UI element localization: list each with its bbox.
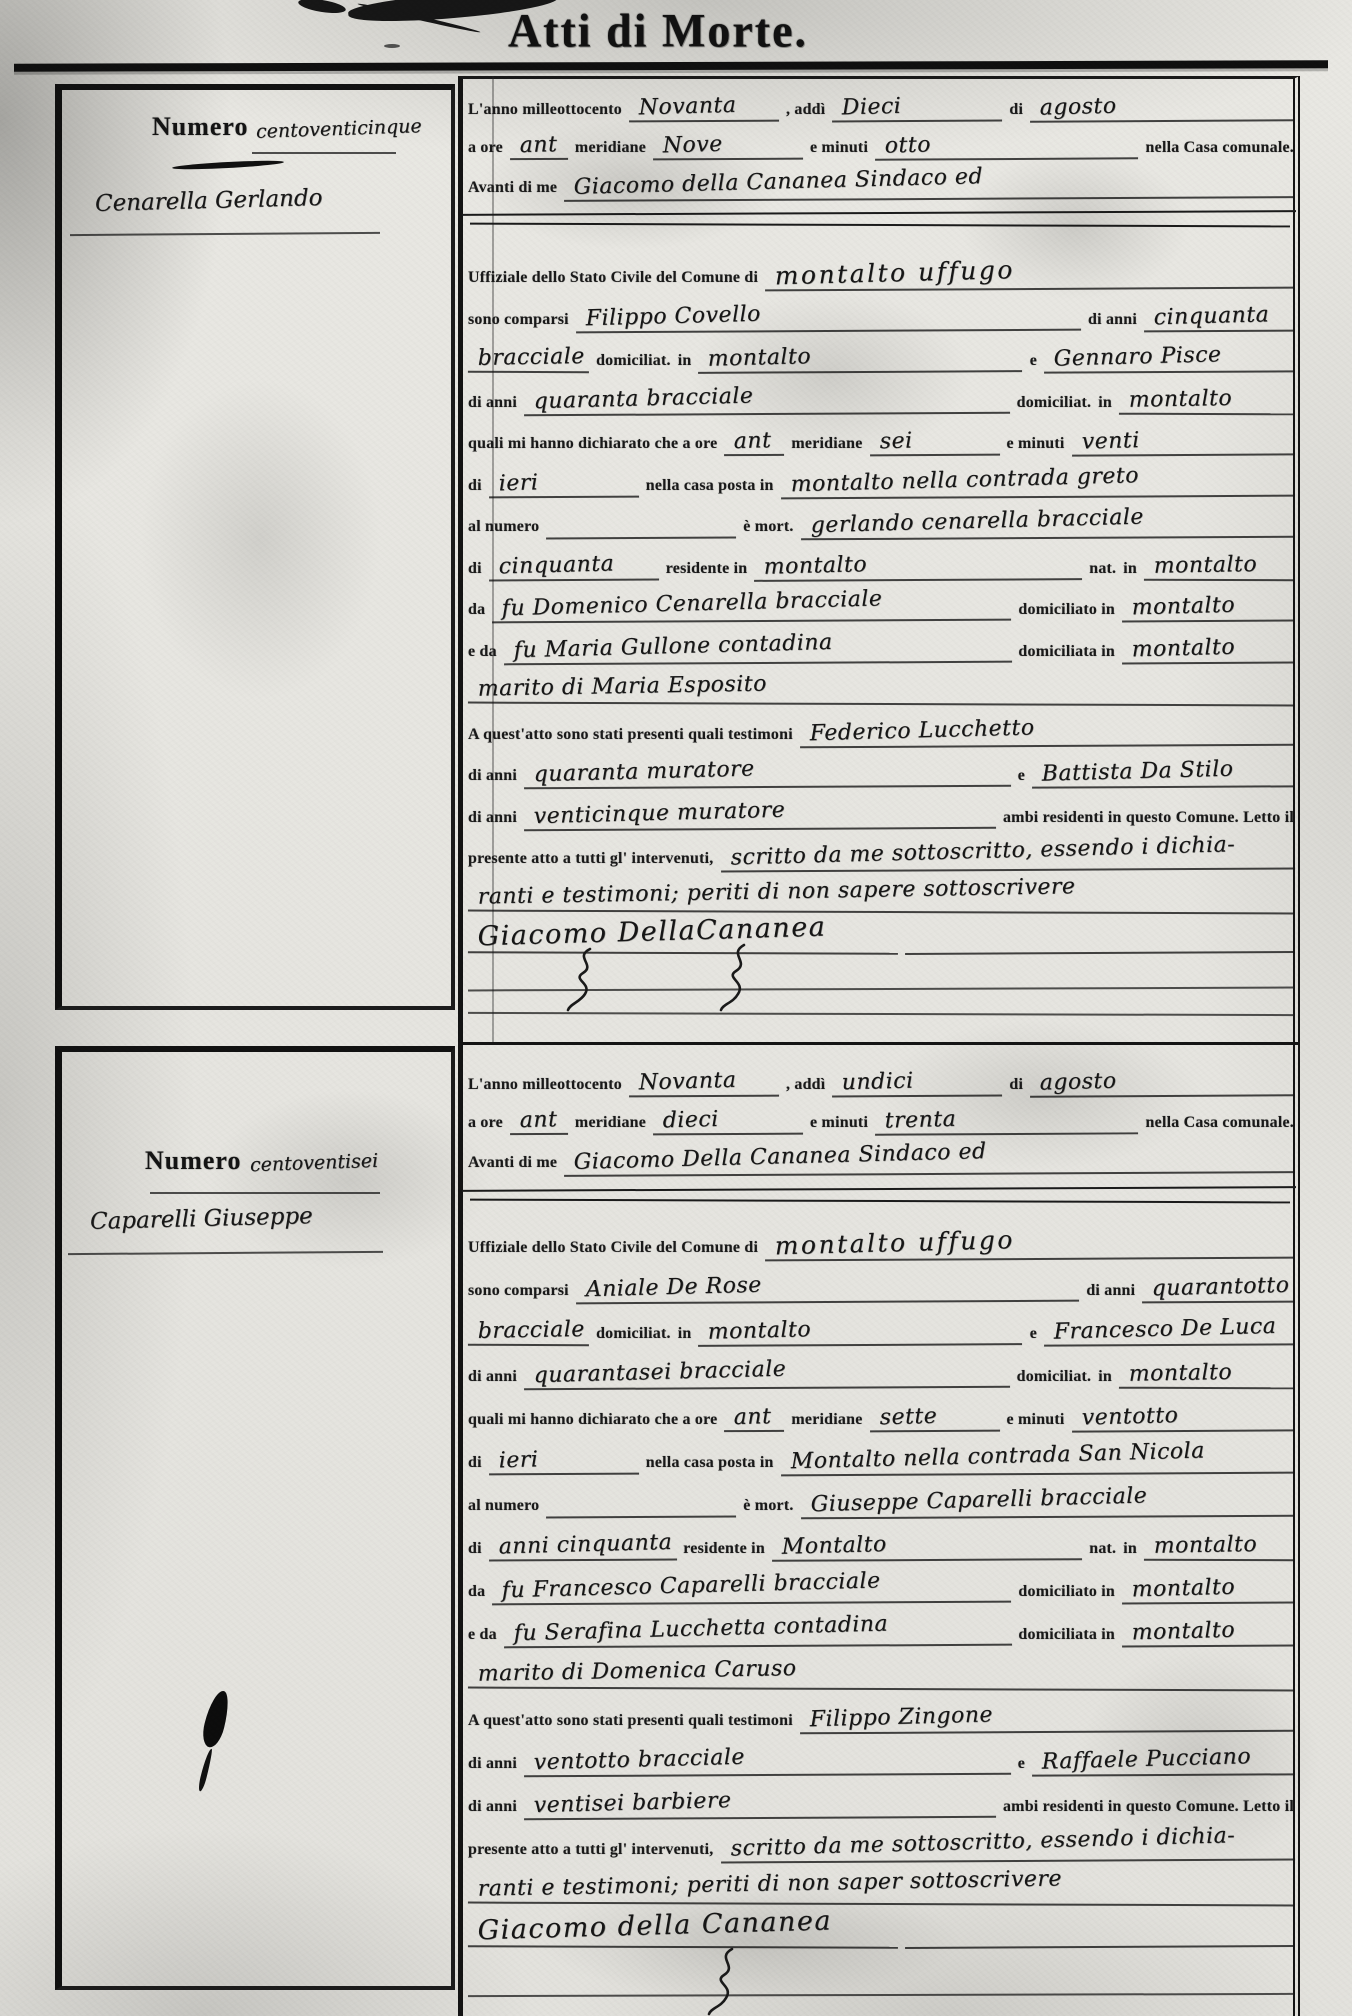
blank-field <box>905 923 1294 955</box>
record-number-label: Numero <box>145 1146 242 1176</box>
handwritten-field: montalto <box>1144 1531 1294 1562</box>
handwritten-field: cinquanta <box>1144 302 1294 333</box>
handwritten-field: ant <box>724 1402 784 1432</box>
handwritten-text: Novanta <box>638 95 736 120</box>
handwritten-text: ieri <box>498 1449 538 1472</box>
handwritten-text: Montalto nella contrada San Nicola <box>790 1440 1205 1473</box>
printed-label: di <box>468 478 482 498</box>
form-line: dafu Domenico Cenarella braccialedomicil… <box>468 588 1294 622</box>
printed-label: meridiane <box>575 1115 646 1135</box>
handwritten-text: ventotto <box>1081 1405 1178 1430</box>
printed-label: domiciliat. <box>596 353 671 373</box>
form-line: braccialedomiciliat.inmontaltoeFrancesco… <box>468 1312 1294 1346</box>
handwritten-field: Montalto <box>772 1530 1082 1562</box>
printed-label: presente atto a tutti gl' intervenuti, <box>468 1842 714 1862</box>
handwritten-text: fu Francesco Caparelli bracciale <box>502 1570 881 1602</box>
form-line: di anniventicinque muratoreambi resident… <box>468 796 1294 830</box>
handwritten-field: Raffaele Pucciano <box>1032 1745 1294 1776</box>
handwritten-text: agosto <box>1040 1071 1117 1095</box>
printed-label: in <box>678 1326 692 1346</box>
printed-label: domiciliato in <box>1018 602 1115 622</box>
printed-label: al numero <box>468 519 539 539</box>
handwritten-field: montalto <box>1122 634 1294 665</box>
handwritten-text: gerlando cenarella bracciale <box>810 507 1144 538</box>
printed-label: ambi residenti in questo Comune. Letto i… <box>1003 1799 1294 1819</box>
handwritten-text: scritto da me sottoscritto, essendo i di… <box>730 1825 1235 1860</box>
handwritten-field: ranti e testimoni; periti di non saper s… <box>468 1874 1294 1907</box>
printed-label: Avanti di me <box>468 180 557 200</box>
handwritten-text: venti <box>1081 430 1140 454</box>
blank-field <box>546 509 736 540</box>
handwritten-text: fu Serafina Lucchetta contadina <box>513 1613 888 1645</box>
handwritten-text: quaranta muratore <box>533 758 754 786</box>
handwritten-text: montalto <box>1131 637 1235 662</box>
handwritten-text: dieci <box>663 1109 720 1132</box>
handwritten-field: Filippo Covello <box>576 301 1081 334</box>
form-line: Avanti di meGiacomo della Cananea Sindac… <box>468 166 1294 200</box>
printed-label: di <box>468 1541 482 1561</box>
printed-label: domiciliat. <box>1017 1369 1092 1389</box>
record-divider <box>458 1042 1300 1045</box>
handwritten-text: Raffaele Pucciano <box>1041 1746 1251 1773</box>
form-line: marito di Maria Esposito <box>468 671 1294 705</box>
form-line: presente atto a tutti gl' intervenuti,sc… <box>468 1828 1294 1862</box>
printed-label: di anni <box>468 1799 517 1819</box>
form-line: diierinella casa posta inmontalto nella … <box>468 464 1294 498</box>
printed-label: e <box>1018 768 1025 788</box>
handwritten-text: quarantasei bracciale <box>533 1359 786 1388</box>
printed-label: in <box>1098 395 1112 415</box>
handwritten-text: anni cinquanta <box>498 1532 672 1559</box>
handwritten-field: montalto uffugo <box>765 259 1294 292</box>
handwritten-text: montalto <box>1131 1620 1235 1645</box>
handwritten-text: undici <box>842 1071 914 1095</box>
handwritten-field: anni cinquanta <box>489 1531 677 1562</box>
printed-label: di anni <box>468 810 517 830</box>
printed-label: di <box>468 561 482 581</box>
form-line: ranti e testimoni; periti di non saper s… <box>468 1871 1294 1905</box>
handwritten-text: Dieci <box>842 96 902 120</box>
handwritten-text: quarantotto <box>1152 1275 1290 1301</box>
printed-label: Avanti di me <box>468 1155 557 1175</box>
handwritten-text: ant <box>734 1406 772 1429</box>
handwritten-field: Battista Da Stilo <box>1032 757 1294 788</box>
handwritten-text: sette <box>879 1406 937 1429</box>
ink-smudge <box>297 0 346 16</box>
ink-smudge <box>384 44 400 48</box>
printed-label: A quest'atto sono stati presenti quali t… <box>468 727 793 747</box>
handwritten-field: venticinque muratore <box>524 799 996 831</box>
handwritten-field: agosto <box>1030 1066 1294 1097</box>
form-line: quali mi hanno dichiarato che a oreantme… <box>468 422 1294 456</box>
printed-label: domiciliata in <box>1018 644 1115 664</box>
printed-label: meridiane <box>791 1412 862 1432</box>
handwritten-field: Aniale De Rose <box>576 1272 1080 1305</box>
handwritten-text: montalto <box>764 554 868 579</box>
form-line: A quest'atto sono stati presenti quali t… <box>468 1699 1294 1733</box>
handwritten-field: marito di Maria Esposito <box>468 674 1294 707</box>
form-line: L'anno milleottocentoNovanta, addìundici… <box>468 1063 1294 1097</box>
handwritten-field: ventotto <box>1071 1401 1294 1432</box>
printed-label: nella casa posta in <box>646 1455 774 1475</box>
handwritten-text: montalto <box>1131 595 1235 620</box>
printed-label: meridiane <box>791 436 862 456</box>
form-line: braccialedomiciliat.inmontaltoeGennaro P… <box>468 339 1294 373</box>
handwritten-text: montalto <box>708 346 812 371</box>
handwritten-text: Francesco De Luca <box>1053 1316 1276 1344</box>
handwritten-field: Giacomo della Cananea Sindaco ed <box>564 168 1294 202</box>
form-line: A quest'atto sono stati presenti quali t… <box>468 713 1294 747</box>
handwritten-field: Giacomo DellaCananea <box>468 923 898 955</box>
handwritten-field: sei <box>869 426 999 457</box>
handwritten-text: Novanta <box>638 1070 736 1095</box>
printed-label: domiciliat. <box>596 1326 671 1346</box>
printed-label: e da <box>468 644 497 664</box>
margin-box-record-2 <box>55 1046 455 1990</box>
form-line: di anniventisei barbiereambi residenti i… <box>468 1785 1294 1819</box>
handwritten-field: fu Domenico Cenarella bracciale <box>492 591 1011 624</box>
printed-label: domiciliat. <box>1017 395 1092 415</box>
page-title: Atti di Morte. <box>488 3 828 58</box>
printed-label: a ore <box>468 1115 503 1135</box>
form-line: dicinquantaresidente inmontaltonat.inmon… <box>468 547 1294 581</box>
ruled-line <box>252 152 396 154</box>
blank-field <box>905 1917 1294 1949</box>
record-number-value: centoventisei <box>250 1150 379 1176</box>
printed-label: quali mi hanno dichiarato che a ore <box>468 436 717 456</box>
printed-label: residente in <box>666 561 748 581</box>
printed-label: nella Casa comunale. <box>1146 140 1294 160</box>
printed-label: e <box>1030 353 1037 373</box>
handwritten-text: trenta <box>885 1109 957 1133</box>
handwritten-text: Filippo Covello <box>585 304 761 331</box>
form-line: e dafu Serafina Lucchetta contadinadomic… <box>468 1613 1294 1647</box>
scanned-death-register-page: Atti di Morte. Numero centoventicinque C… <box>0 0 1352 2016</box>
printed-label: nella casa posta in <box>646 478 774 498</box>
printed-label: è mort. <box>743 1498 793 1518</box>
handwritten-field: montalto <box>1144 551 1294 582</box>
handwritten-field: bracciale <box>468 1316 589 1346</box>
handwritten-field: Nove <box>653 130 803 161</box>
printed-label: da <box>468 602 485 622</box>
flourish-mark <box>712 942 772 1012</box>
handwritten-field: fu Maria Gullone contadina <box>504 633 1012 666</box>
handwritten-field: cinquanta <box>489 551 659 582</box>
handwritten-text: Federico Lucchetto <box>809 717 1034 745</box>
handwritten-field: Novanta <box>629 1067 779 1098</box>
form-line: ranti e testimoni; periti di non sapere … <box>468 879 1294 913</box>
handwritten-text: cinquanta <box>1153 304 1269 329</box>
handwritten-text: fu Maria Gullone contadina <box>513 632 832 662</box>
handwritten-text: agosto <box>1040 96 1117 120</box>
handwritten-field: Federico Lucchetto <box>800 716 1294 749</box>
form-line: di anniquaranta braccialedomiciliat.inmo… <box>468 381 1294 415</box>
handwritten-field: Novanta <box>629 92 779 123</box>
form-line: di anniquaranta muratoreeBattista Da Sti… <box>468 754 1294 788</box>
record-number-label: Numero <box>152 112 249 142</box>
handwritten-text: Gennaro Pisce <box>1053 344 1221 370</box>
printed-label: e <box>1030 1326 1037 1346</box>
handwritten-text: Aniale De Rose <box>585 1275 762 1302</box>
handwritten-field: otto <box>875 129 1139 160</box>
printed-label: e minuti <box>1007 436 1065 456</box>
flourish-mark <box>560 946 620 1012</box>
handwritten-text: bracciale <box>478 1319 585 1343</box>
handwritten-text: Giacomo della Cananea Sindaco ed <box>574 166 984 199</box>
printed-label: Uffiziale dello Stato Civile del Comune … <box>468 270 758 290</box>
handwritten-text: Montalto <box>781 1534 887 1559</box>
handwritten-field: Gennaro Pisce <box>1044 342 1294 373</box>
handwritten-field: marito di Domenica Caruso <box>468 1659 1294 1692</box>
handwritten-field: montalto <box>1122 592 1294 623</box>
printed-label: sono comparsi <box>468 312 569 332</box>
handwritten-text: cinquanta <box>498 553 614 578</box>
printed-label: di <box>1009 1077 1023 1097</box>
form-line: Avanti di meGiacomo Della Cananea Sindac… <box>468 1141 1294 1175</box>
printed-label: in <box>1098 1369 1112 1389</box>
header-divider <box>14 60 1328 71</box>
handwritten-field: quaranta muratore <box>524 757 1011 790</box>
handwritten-field: montalto <box>1122 1617 1294 1648</box>
printed-label: in <box>678 353 692 373</box>
form-line: al numeroè mort.gerlando cenarella bracc… <box>468 505 1294 539</box>
handwritten-field: montalto nella contrada greto <box>781 467 1295 500</box>
blank-field <box>546 1488 736 1519</box>
form-line: Giacomo della Cananea <box>468 1914 1294 1948</box>
handwritten-field: montalto <box>1119 1359 1294 1390</box>
handwritten-field: Giacomo della Cananea <box>468 1917 898 1949</box>
handwritten-field: ieri <box>489 468 639 499</box>
official-signature: Giacomo DellaCananea <box>477 914 826 951</box>
form-line: dianni cinquantaresidente inMontaltonat.… <box>468 1527 1294 1561</box>
handwritten-text: sei <box>879 430 912 453</box>
printed-label: , addì <box>786 1077 825 1097</box>
flourish-mark <box>700 1946 760 2016</box>
printed-label: e da <box>468 1627 497 1647</box>
handwritten-field: ventisei barbiere <box>524 1788 996 1820</box>
printed-label: di anni <box>468 1369 517 1389</box>
handwritten-field: ranti e testimoni; periti di non sapere … <box>468 882 1294 915</box>
form-line: presente atto a tutti gl' intervenuti,sc… <box>468 837 1294 871</box>
form-line: di anniventotto braccialeeRaffaele Pucci… <box>468 1742 1294 1776</box>
printed-label: sono comparsi <box>468 1283 569 1303</box>
printed-label: di anni <box>1088 312 1137 332</box>
handwritten-text: ant <box>519 1109 557 1132</box>
handwritten-field: ant <box>510 130 568 160</box>
handwritten-text: montalto uffugo <box>775 257 1016 288</box>
handwritten-field: quarantasei bracciale <box>524 1358 1010 1391</box>
handwritten-field: montalto <box>698 342 1022 374</box>
printed-label: ambi residenti in questo Comune. Letto i… <box>1003 810 1294 830</box>
handwritten-text: Nove <box>663 134 724 158</box>
official-signature: Giacomo della Cananea <box>477 1907 832 1944</box>
printed-label: domiciliato in <box>1018 1584 1115 1604</box>
printed-label: di anni <box>468 768 517 788</box>
printed-label: è mort. <box>743 519 793 539</box>
form-line: sono comparsiFilippo Covellodi annicinqu… <box>468 298 1294 332</box>
handwritten-text: ventisei barbiere <box>533 1790 731 1817</box>
handwritten-field: dieci <box>653 1105 803 1136</box>
handwritten-field: Giuseppe Caparelli bracciale <box>800 1487 1294 1520</box>
handwritten-text: ventotto bracciale <box>533 1747 745 1775</box>
handwritten-field: trenta <box>875 1104 1139 1135</box>
handwritten-field: ant <box>510 1105 568 1135</box>
printed-label: e minuti <box>810 1115 868 1135</box>
handwritten-text: montalto <box>1131 1577 1235 1602</box>
handwritten-field: Giacomo Della Cananea Sindaco ed <box>564 1143 1294 1177</box>
form-line: dafu Francesco Caparelli braccialedomici… <box>468 1570 1294 1604</box>
handwritten-text: montalto <box>1129 1362 1233 1386</box>
handwritten-field: gerlando cenarella bracciale <box>800 508 1294 541</box>
handwritten-field: quaranta bracciale <box>524 384 1010 417</box>
handwritten-field: bracciale <box>468 343 589 373</box>
printed-label: al numero <box>468 1498 539 1518</box>
handwritten-text: quaranta bracciale <box>533 385 753 413</box>
handwritten-text: marito di Domenica Caruso <box>478 1658 797 1686</box>
handwritten-text: ranti e testimoni; periti di non saper s… <box>478 1868 1063 1900</box>
printed-label: Uffiziale dello Stato Civile del Comune … <box>468 1240 758 1260</box>
ruled-line <box>150 1192 380 1194</box>
form-line: sono comparsiAniale De Rosedi anniquaran… <box>468 1269 1294 1303</box>
handwritten-text: otto <box>885 134 932 157</box>
form-line: marito di Domenica Caruso <box>468 1656 1294 1690</box>
handwritten-text: montalto <box>1154 554 1258 578</box>
handwritten-field: montalto <box>754 550 1082 582</box>
handwritten-text: marito di Maria Esposito <box>478 674 767 701</box>
handwritten-field: fu Serafina Lucchetta contadina <box>504 1616 1012 1649</box>
printed-label: A quest'atto sono stati presenti quali t… <box>468 1713 793 1733</box>
handwritten-field: undici <box>832 1067 1002 1098</box>
handwritten-text: montalto <box>1154 1534 1258 1558</box>
printed-label: nat. <box>1089 561 1116 581</box>
handwritten-field: montalto uffugo <box>765 1229 1294 1262</box>
printed-label: di <box>468 1455 482 1475</box>
handwritten-field: Francesco De Luca <box>1044 1315 1294 1346</box>
handwritten-field: Montalto nella contrada San Nicola <box>781 1444 1295 1477</box>
handwritten-field: Filippo Zingone <box>800 1702 1294 1735</box>
form-line: L'anno milleottocentoNovanta, addìDiecid… <box>468 88 1294 122</box>
printed-label: nat. <box>1089 1541 1116 1561</box>
handwritten-text: fu Domenico Cenarella bracciale <box>502 588 883 620</box>
printed-label: di <box>1009 102 1023 122</box>
handwritten-text: montalto uffugo <box>775 1227 1016 1258</box>
form-line: diierinella casa posta inMontalto nella … <box>468 1441 1294 1475</box>
printed-label: in <box>1123 1541 1137 1561</box>
handwritten-field: agosto <box>1030 91 1294 122</box>
printed-label: quali mi hanno dichiarato che a ore <box>468 1412 717 1432</box>
handwritten-text: Filippo Zingone <box>809 1704 993 1731</box>
handwritten-text: ant <box>519 134 557 157</box>
handwritten-text: bracciale <box>478 346 585 370</box>
handwritten-field: scritto da me sottoscritto, essendo i di… <box>720 839 1294 872</box>
printed-label: di anni <box>1086 1283 1135 1303</box>
form-line: Uffiziale dello Stato Civile del Comune … <box>468 256 1294 290</box>
printed-label: residente in <box>683 1541 765 1561</box>
form-line: quali mi hanno dichiarato che a oreantme… <box>468 1398 1294 1432</box>
handwritten-field: ant <box>724 426 784 456</box>
handwritten-field: montalto <box>698 1315 1022 1347</box>
handwritten-text: Battista Da Stilo <box>1041 759 1233 786</box>
handwritten-text: ranti e testimoni; periti di non sapere … <box>478 876 1076 908</box>
printed-label: di anni <box>468 395 517 415</box>
printed-label: e minuti <box>1007 1412 1065 1432</box>
handwritten-field: sette <box>869 1402 999 1433</box>
printed-label: a ore <box>468 140 503 160</box>
form-line: e dafu Maria Gullone contadinadomiciliat… <box>468 630 1294 664</box>
handwritten-text: scritto da me sottoscritto, essendo i di… <box>730 834 1235 869</box>
handwritten-field: ieri <box>489 1445 639 1476</box>
printed-label: presente atto a tutti gl' intervenuti, <box>468 851 714 871</box>
printed-label: in <box>1123 561 1137 581</box>
printed-label: meridiane <box>575 140 646 160</box>
handwritten-field: montalto <box>1119 385 1294 416</box>
form-line: a oreantmeridianeNovee minutiottonella C… <box>468 126 1294 160</box>
printed-label: domiciliata in <box>1018 1627 1115 1647</box>
handwritten-text: montalto nella contrada greto <box>790 465 1139 496</box>
margin-box-record-1 <box>55 84 455 1010</box>
form-line: al numeroè mort.Giuseppe Caparelli bracc… <box>468 1484 1294 1518</box>
handwritten-text: Giuseppe Caparelli bracciale <box>810 1485 1147 1516</box>
form-line: a oreantmeridianediecie minutitrentanell… <box>468 1101 1294 1135</box>
handwritten-text: montalto <box>1129 388 1233 412</box>
printed-label: L'anno milleottocento <box>468 102 622 122</box>
handwritten-text: venticinque muratore <box>533 800 785 829</box>
handwritten-text: montalto <box>708 1319 812 1344</box>
printed-label: di anni <box>468 1756 517 1776</box>
handwritten-field: venti <box>1071 425 1294 456</box>
printed-label: e minuti <box>810 140 868 160</box>
handwritten-field: ventotto bracciale <box>524 1745 1011 1778</box>
handwritten-field: montalto <box>1122 1574 1294 1605</box>
printed-label: L'anno milleottocento <box>468 1077 622 1097</box>
handwritten-field: scritto da me sottoscritto, essendo i di… <box>720 1830 1294 1863</box>
handwritten-text: Giacomo Della Cananea Sindaco ed <box>574 1141 987 1174</box>
printed-label: , addì <box>786 102 825 122</box>
handwritten-text: ieri <box>498 472 538 495</box>
handwritten-text: ant <box>734 430 772 453</box>
printed-label: e <box>1018 1756 1025 1776</box>
handwritten-field: fu Francesco Caparelli bracciale <box>492 1573 1011 1606</box>
printed-label: nella Casa comunale. <box>1146 1115 1294 1135</box>
form-line: Uffiziale dello Stato Civile del Comune … <box>468 1226 1294 1260</box>
handwritten-field: quarantotto <box>1142 1273 1294 1304</box>
handwritten-field: Dieci <box>832 92 1002 123</box>
form-line: di anniquarantasei braccialedomiciliat.i… <box>468 1355 1294 1389</box>
printed-label: da <box>468 1584 485 1604</box>
